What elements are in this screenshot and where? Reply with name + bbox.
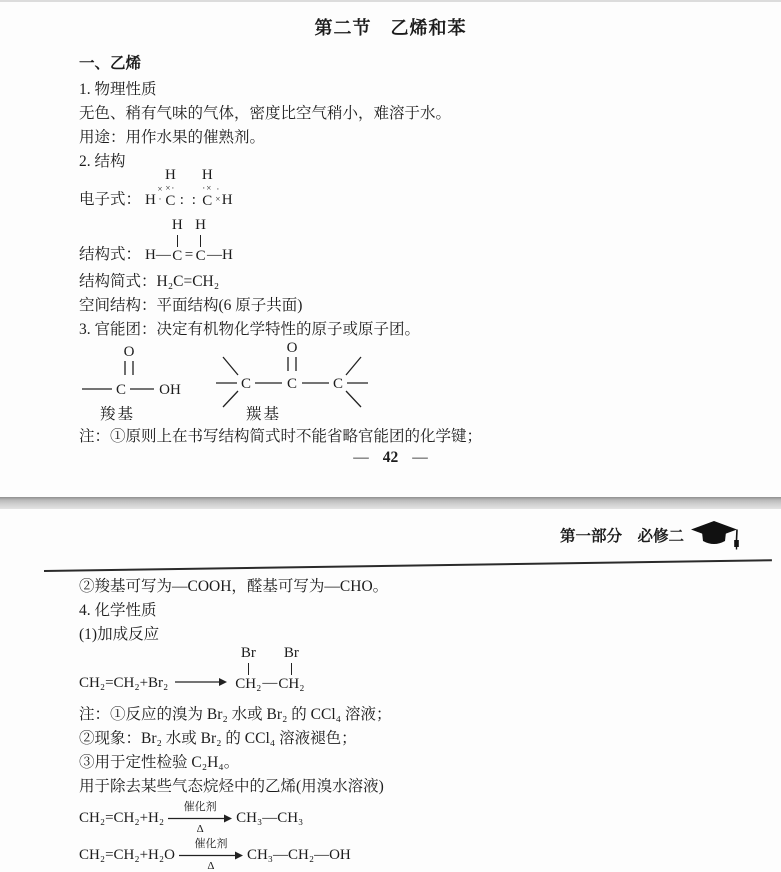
- reactants: CH₂=CH₂+H₂: [79, 810, 164, 827]
- running-header-text: 第一部分 必修二: [560, 524, 684, 546]
- atom-br: Br: [241, 646, 256, 661]
- electron-mark: ×: [215, 195, 221, 204]
- page-number-dash: —: [412, 449, 428, 466]
- electron-mark: ·: [159, 195, 161, 204]
- atom-c: C: [165, 194, 175, 209]
- diagonal-bond-line: [346, 391, 361, 407]
- note-bromine-2: ②现象：Br₂ 水或 Br₂ 的 CCl₄ 溶液褪色；: [79, 729, 357, 749]
- carbon-column: H ×· C: [165, 168, 176, 209]
- heading-ethylene: 一、乙烯: [79, 54, 141, 74]
- carbon-column: H ·× C: [202, 168, 213, 209]
- structural-formula: 结构式： H— H C = H C —H: [79, 218, 233, 264]
- condensed-formula-label: 结构简式：: [79, 273, 157, 290]
- atom-c: C: [333, 376, 343, 392]
- product-column: Br CH₂: [278, 646, 304, 692]
- atom-h-bond: H—: [145, 247, 171, 264]
- spatial-text: 平面结构(6 原子共面): [157, 297, 303, 314]
- diagonal-bond-line: [223, 391, 238, 407]
- atom-o: O: [124, 344, 135, 360]
- section-title: 第二节 乙烯和苯: [0, 14, 781, 40]
- note-line-2: ②羧基可写为—COOH，醛基可写为—CHO。: [79, 577, 388, 597]
- condition-label: Δ: [207, 860, 214, 872]
- structural-formula-label: 结构式：: [79, 246, 145, 264]
- catalyst-arrow: 催化剂 Δ: [179, 838, 243, 872]
- note-bromine-3: ③用于定性检验 C₂H₄。: [79, 753, 239, 773]
- atom-c: C: [196, 249, 206, 264]
- diagonal-bond-line: [346, 357, 361, 375]
- atom-o: O: [287, 340, 298, 356]
- spatial-structure-line: 空间结构：平面结构(6 原子共面): [79, 296, 302, 316]
- group-ch2: CH₂: [278, 677, 304, 692]
- ch-column: H C: [195, 218, 206, 264]
- atom-c: C: [172, 249, 182, 264]
- page-number-value: 42: [369, 449, 413, 466]
- single-bond: [200, 235, 201, 247]
- carbonyl-group-diagram: O C C C: [212, 334, 372, 410]
- products: CH₃—CH₂—OH: [247, 847, 351, 864]
- diagonal-bond-line: [223, 357, 238, 375]
- page-gap-band: [0, 497, 781, 509]
- scanned-textbook-page: 第二节 乙烯和苯 一、乙烯 1. 物理性质 无色、稍有气味的气体，密度比空气稍小…: [0, 0, 781, 872]
- atom-h-top: H: [172, 218, 183, 233]
- note-bromine-1: 注：①反应的溴为 Br₂ 水或 Br₂ 的 CCl₄ 溶液；: [79, 705, 391, 725]
- product-column: Br CH₂: [235, 646, 261, 692]
- reaction-arrow-icon: [175, 677, 227, 687]
- reaction-arrow-icon: [168, 814, 232, 823]
- heading-physical-properties: 1. 物理性质: [79, 80, 157, 100]
- catalyst-arrow: 催化剂 Δ: [168, 801, 232, 835]
- atom-br: Br: [284, 646, 299, 661]
- note-line-1: 注：①原则上在书写结构简式时不能省略官能团的化学键；: [79, 427, 482, 447]
- carbonyl-label: 羰基: [246, 402, 281, 424]
- electron-mark-pair: ×·: [165, 184, 175, 193]
- atom-h: H: [145, 192, 156, 209]
- usage-note: 用于除去某些气态烷烃中的乙烯(用溴水溶液): [79, 777, 384, 797]
- electron-mark: ×: [157, 185, 163, 194]
- usage-text: 用途：用作水果的催熟剂。: [79, 128, 265, 148]
- condition-label: Δ: [197, 823, 204, 836]
- physical-properties-text: 无色、稍有气味的气体，密度比空气稍小，难溶于水。: [79, 104, 451, 124]
- single-bond: [177, 235, 178, 247]
- catalyst-label: 催化剂: [184, 801, 217, 814]
- products: CH₃—CH₃: [236, 810, 303, 827]
- single-bond: [291, 663, 292, 675]
- bond-dash: —: [262, 675, 277, 692]
- reactants: CH₂=CH₂+H₂O: [79, 847, 175, 864]
- atom-h-bond: —H: [207, 247, 233, 264]
- atom-c: C: [241, 376, 251, 392]
- carboxyl-group-diagram: O C OH: [80, 338, 192, 402]
- page-top-edge: [0, 0, 781, 2]
- hydrogenation-equation: CH₂=CH₂+H₂ 催化剂 Δ CH₃—CH₃: [79, 801, 303, 835]
- electron-formula: 电子式： H × · H ×· C : : H ·× C · × H: [79, 168, 233, 209]
- catalyst-label: 催化剂: [194, 838, 227, 851]
- electron-mark: ·: [217, 185, 219, 194]
- electron-mark-pair: ·×: [202, 184, 212, 193]
- bromine-addition-equation: CH₂=CH₂+Br₂ Br CH₂ — Br CH₂: [79, 646, 305, 692]
- hydration-equation: CH₂=CH₂+H₂O 催化剂 Δ CH₃—CH₂—OH: [79, 838, 351, 872]
- electron-marks-left: × ·: [156, 185, 164, 209]
- atom-c: C: [116, 382, 126, 398]
- group-ch2: CH₂: [235, 677, 261, 692]
- condensed-formula: H₂C=CH₂: [157, 273, 220, 290]
- page-number-dash: —: [353, 449, 369, 466]
- double-bond: =: [184, 247, 194, 264]
- ch-column: H C: [172, 218, 183, 264]
- atom-oh: OH: [159, 382, 181, 398]
- carboxyl-label: 羧基: [100, 402, 135, 424]
- atom-h-top: H: [165, 168, 176, 183]
- page-number: —42—: [0, 449, 781, 467]
- atom-h-top: H: [195, 218, 206, 233]
- heading-chemical-properties: 4. 化学性质: [79, 601, 157, 621]
- single-bond: [248, 663, 249, 675]
- running-header: 第一部分 必修二: [560, 520, 743, 550]
- shared-electron-pairs: : :: [177, 192, 201, 209]
- atom-h: H: [222, 192, 233, 209]
- electron-formula-label: 电子式：: [79, 191, 145, 209]
- reactants: CH₂=CH₂+Br₂: [79, 675, 168, 692]
- heading-addition-reaction: (1)加成反应: [79, 625, 159, 645]
- electron-marks-right: · ×: [214, 185, 222, 209]
- condensed-formula-line: 结构简式：H₂C=CH₂: [79, 272, 219, 292]
- atom-c: C: [202, 194, 212, 209]
- spatial-label: 空间结构：: [79, 297, 157, 314]
- atom-h-top: H: [202, 168, 213, 183]
- atom-c: C: [287, 376, 297, 392]
- reaction-arrow-icon: [179, 851, 243, 860]
- graduation-cap-icon: [689, 520, 743, 550]
